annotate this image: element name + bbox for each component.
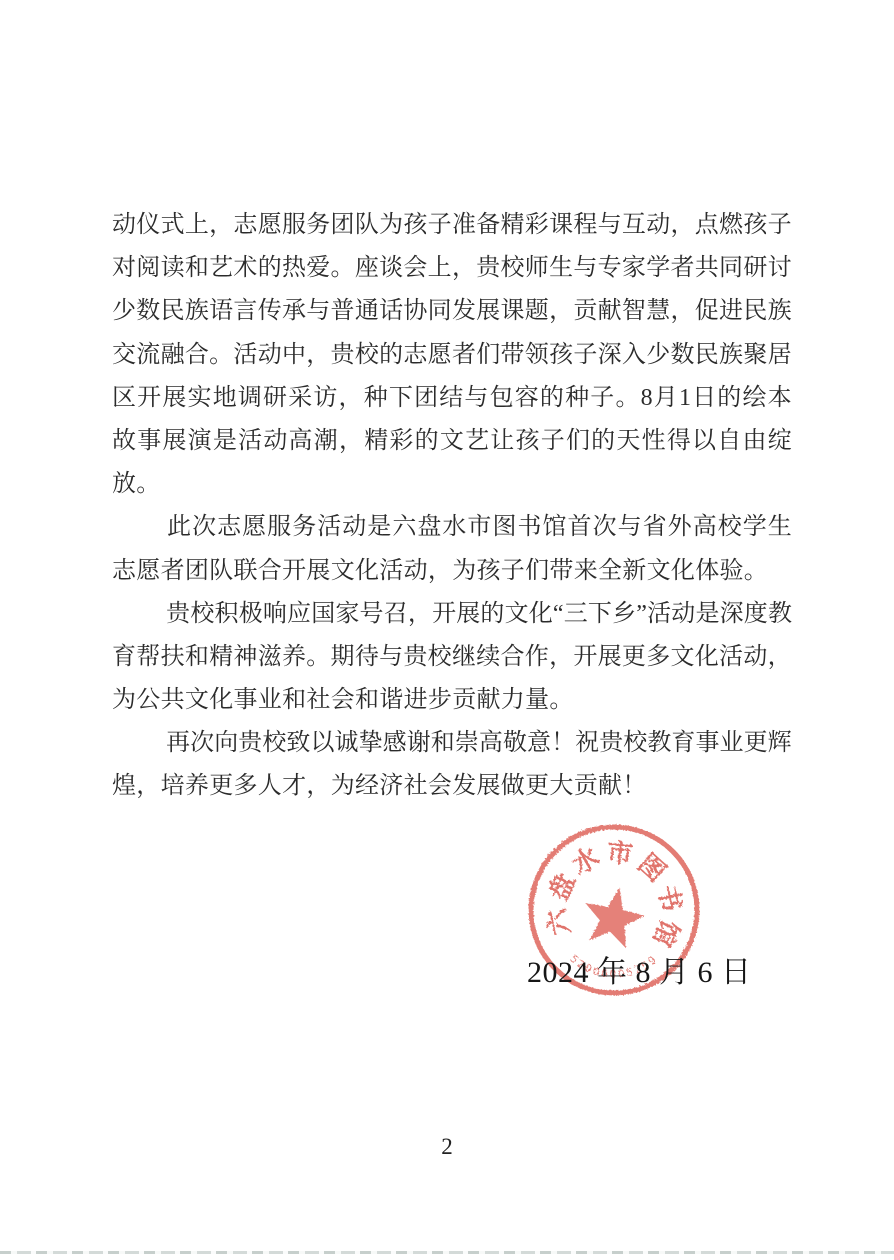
letter-body: 动仪式上，志愿服务团队为孩子准备精彩课程与互动，点燃孩子对阅读和艺术的热爱。座谈…	[112, 204, 792, 809]
page-number: 2	[0, 1134, 894, 1160]
svg-text:图: 图	[632, 849, 671, 888]
text-line: 贵校积极响应国家号召，开展的文化“三下乡”活动是深度教	[112, 593, 792, 636]
text-line: 再次向贵校致以诚挚感谢和崇高敬意！祝贵校教育事业更辉	[112, 722, 792, 765]
document-page: 动仪式上，志愿服务团队为孩子准备精彩课程与互动，点燃孩子对阅读和艺术的热爱。座谈…	[0, 0, 894, 1260]
text-line: 为公共文化事业和社会和谐进步贡献力量。	[112, 679, 792, 722]
date-line: 2024 年 8 月 6 日	[527, 947, 752, 991]
text-line: 放。	[112, 463, 792, 506]
svg-text:市: 市	[605, 838, 634, 870]
text-line: 故事展演是活动高潮，精彩的文艺让孩子们的天性得以自由绽	[112, 420, 792, 463]
text-line: 区开展实地调研采访，种下团结与包容的种子。8月1日的绘本	[112, 377, 792, 420]
text-line: 此次志愿服务活动是六盘水市图书馆首次与省外高校学生	[112, 506, 792, 549]
text-line: 志愿者团队联合开展文化活动，为孩子们带来全新文化体验。	[112, 550, 792, 593]
svg-text:盘: 盘	[543, 869, 581, 905]
svg-text:六: 六	[542, 905, 576, 937]
svg-text:馆: 馆	[647, 915, 685, 951]
text-line: 交流融合。活动中，贵校的志愿者们带领孩子深入少数民族聚居	[112, 334, 792, 377]
text-line: 动仪式上，志愿服务团队为孩子准备精彩课程与互动，点燃孩子	[112, 204, 792, 247]
seal-star-icon	[578, 881, 650, 950]
scan-artifact-line	[0, 1251, 894, 1254]
text-line: 对阅读和艺术的热爱。座谈会上，贵校师生与专家学者共同研讨	[112, 247, 792, 290]
svg-text:书: 书	[652, 883, 686, 914]
text-line: 少数民族语言传承与普通话协同发展课题，贡献智慧，促进民族	[112, 290, 792, 333]
svg-text:水: 水	[567, 842, 604, 880]
text-line: 育帮扶和精神滋养。期待与贵校继续合作，开展更多文化活动，	[112, 636, 792, 679]
text-line: 煌，培养更多人才，为经济社会发展做更大贡献！	[112, 765, 792, 808]
